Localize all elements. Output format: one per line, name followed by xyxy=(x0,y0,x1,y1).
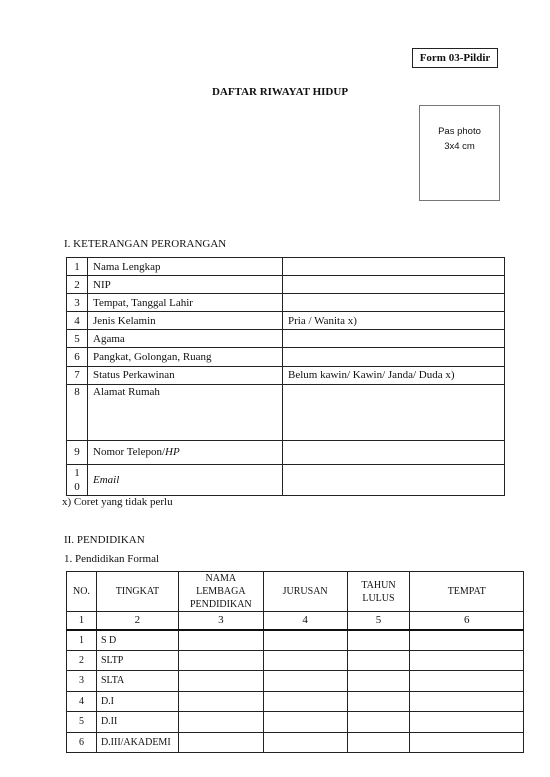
column-header-jurusan: JURUSAN xyxy=(263,572,347,612)
field-value-nomor-telepon[interactable] xyxy=(283,440,505,464)
form-code-label: Form 03-Pildir xyxy=(412,48,498,68)
cell-jurusan[interactable] xyxy=(263,650,347,671)
field-label-jenis-kelamin: Jenis Kelamin xyxy=(88,312,283,330)
table-row: 4 Jenis Kelamin Pria / Wanita x) xyxy=(67,312,505,330)
education-level: D.III/AKADEMI xyxy=(96,732,178,753)
label-text: Nomor Telepon/ xyxy=(93,446,165,458)
cell-jurusan[interactable] xyxy=(263,691,347,712)
table-row: 8 Alamat Rumah xyxy=(67,384,505,440)
photo-placeholder-box: Pas photo 3x4 cm xyxy=(419,105,500,201)
field-label-alamat-rumah: Alamat Rumah xyxy=(88,384,283,440)
row-number: 2 xyxy=(67,650,97,671)
education-level: SLTP xyxy=(96,650,178,671)
row-number: 4 xyxy=(67,312,88,330)
education-level: SLTA xyxy=(96,671,178,692)
field-label-status-perkawinan: Status Perkawinan xyxy=(88,366,283,384)
table-row: 2 NIP xyxy=(67,276,505,294)
field-label-tempat-tanggal-lahir: Tempat, Tanggal Lahir xyxy=(88,294,283,312)
section-personal-heading: I. KETERANGAN PERORANGAN xyxy=(64,238,226,250)
cell-tahun-lulus[interactable] xyxy=(347,650,410,671)
field-value-nip[interactable] xyxy=(283,276,505,294)
cell-nama-lembaga[interactable] xyxy=(178,671,263,692)
label-italic-text: Email xyxy=(93,474,119,486)
label-italic-text: HP xyxy=(165,446,180,458)
cell-tahun-lulus[interactable] xyxy=(347,671,410,692)
row-number: 9 xyxy=(67,440,88,464)
field-value-status-perkawinan[interactable]: Belum kawin/ Kawin/ Janda/ Duda x) xyxy=(283,366,505,384)
cell-jurusan[interactable] xyxy=(263,630,347,651)
education-level: S D xyxy=(96,630,178,651)
column-header-tempat: TEMPAT xyxy=(410,572,524,612)
row-number: 3 xyxy=(67,294,88,312)
education-level: D.II xyxy=(96,712,178,733)
cell-tempat[interactable] xyxy=(410,691,524,712)
column-number: 1 xyxy=(67,612,97,630)
column-number: 6 xyxy=(410,612,524,630)
row-number-line2: 0 xyxy=(67,480,87,494)
table-row: 2 SLTP xyxy=(67,650,524,671)
section-education-heading: II. PENDIDIKAN xyxy=(64,534,145,546)
cell-tahun-lulus[interactable] xyxy=(347,732,410,753)
field-value-pangkat[interactable] xyxy=(283,348,505,366)
cell-nama-lembaga[interactable] xyxy=(178,691,263,712)
column-number: 3 xyxy=(178,612,263,630)
cell-tempat[interactable] xyxy=(410,671,524,692)
row-number: 6 xyxy=(67,732,97,753)
table-row: 4 D.I xyxy=(67,691,524,712)
table-row: 6 Pangkat, Golongan, Ruang xyxy=(67,348,505,366)
header-line: TAHUN xyxy=(350,579,408,592)
header-line: LEMBAGA xyxy=(181,585,261,598)
table-row: 1 Nama Lengkap xyxy=(67,258,505,276)
table-row: 3 Tempat, Tanggal Lahir xyxy=(67,294,505,312)
field-label-nama-lengkap: Nama Lengkap xyxy=(88,258,283,276)
field-label-pangkat: Pangkat, Golongan, Ruang xyxy=(88,348,283,366)
cell-jurusan[interactable] xyxy=(263,671,347,692)
field-value-email[interactable] xyxy=(283,464,505,495)
field-value-alamat-rumah[interactable] xyxy=(283,384,505,440)
column-number: 5 xyxy=(347,612,410,630)
cell-nama-lembaga[interactable] xyxy=(178,732,263,753)
cell-tempat[interactable] xyxy=(410,732,524,753)
row-number: 2 xyxy=(67,276,88,294)
cell-tempat[interactable] xyxy=(410,712,524,733)
column-header-tingkat: TINGKAT xyxy=(96,572,178,612)
cell-nama-lembaga[interactable] xyxy=(178,650,263,671)
field-label-nomor-telepon: Nomor Telepon/HP xyxy=(88,440,283,464)
cell-jurusan[interactable] xyxy=(263,732,347,753)
cell-tahun-lulus[interactable] xyxy=(347,630,410,651)
cell-tahun-lulus[interactable] xyxy=(347,691,410,712)
field-label-nip: NIP xyxy=(88,276,283,294)
column-number-row: 1 2 3 4 5 6 xyxy=(67,612,524,630)
cell-nama-lembaga[interactable] xyxy=(178,630,263,651)
table-row: 1 0 Email xyxy=(67,464,505,495)
table-row: 1 S D xyxy=(67,630,524,651)
field-label-email: Email xyxy=(88,464,283,495)
cell-tempat[interactable] xyxy=(410,630,524,651)
photo-box-line1: Pas photo xyxy=(420,124,499,139)
education-level: D.I xyxy=(96,691,178,712)
header-line: PENDIDIKAN xyxy=(181,598,261,611)
row-number: 7 xyxy=(67,366,88,384)
document-title: DAFTAR RIWAYAT HIDUP xyxy=(0,86,550,98)
column-number: 2 xyxy=(96,612,178,630)
row-number: 3 xyxy=(67,671,97,692)
field-label-agama: Agama xyxy=(88,330,283,348)
column-header-no: NO. xyxy=(67,572,97,612)
row-number: 5 xyxy=(67,330,88,348)
photo-box-line2: 3x4 cm xyxy=(420,139,499,154)
table-header-row: NO. TINGKAT NAMA LEMBAGA PENDIDIKAN JURU… xyxy=(67,572,524,612)
header-line: NAMA xyxy=(181,572,261,585)
table-row: 7 Status Perkawinan Belum kawin/ Kawin/ … xyxy=(67,366,505,384)
cell-tempat[interactable] xyxy=(410,650,524,671)
field-value-tempat-tanggal-lahir[interactable] xyxy=(283,294,505,312)
field-value-nama-lengkap[interactable] xyxy=(283,258,505,276)
table-row: 6 D.III/AKADEMI xyxy=(67,732,524,753)
table-row: 9 Nomor Telepon/HP xyxy=(67,440,505,464)
row-number: 8 xyxy=(67,384,88,440)
column-header-tahun-lulus: TAHUN LULUS xyxy=(347,572,410,612)
formal-education-table: NO. TINGKAT NAMA LEMBAGA PENDIDIKAN JURU… xyxy=(66,571,524,753)
footnote: x) Coret yang tidak perlu xyxy=(62,496,173,508)
row-number: 6 xyxy=(67,348,88,366)
cell-jurusan[interactable] xyxy=(263,712,347,733)
row-number: 1 xyxy=(67,258,88,276)
personal-info-table: 1 Nama Lengkap 2 NIP 3 Tempat, Tanggal L… xyxy=(66,257,505,496)
row-number: 4 xyxy=(67,691,97,712)
field-value-jenis-kelamin[interactable]: Pria / Wanita x) xyxy=(283,312,505,330)
row-number: 1 xyxy=(67,630,97,651)
cell-nama-lembaga[interactable] xyxy=(178,712,263,733)
row-number: 5 xyxy=(67,712,97,733)
table-row: 5 Agama xyxy=(67,330,505,348)
header-line: LULUS xyxy=(350,592,408,605)
cell-tahun-lulus[interactable] xyxy=(347,712,410,733)
table-row: 5 D.II xyxy=(67,712,524,733)
subsection-formal-education-heading: 1. Pendidikan Formal xyxy=(64,553,159,565)
column-header-nama-lembaga: NAMA LEMBAGA PENDIDIKAN xyxy=(178,572,263,612)
column-number: 4 xyxy=(263,612,347,630)
field-value-agama[interactable] xyxy=(283,330,505,348)
row-number-line1: 1 xyxy=(67,466,87,480)
table-row: 3 SLTA xyxy=(67,671,524,692)
row-number: 1 0 xyxy=(67,464,88,495)
